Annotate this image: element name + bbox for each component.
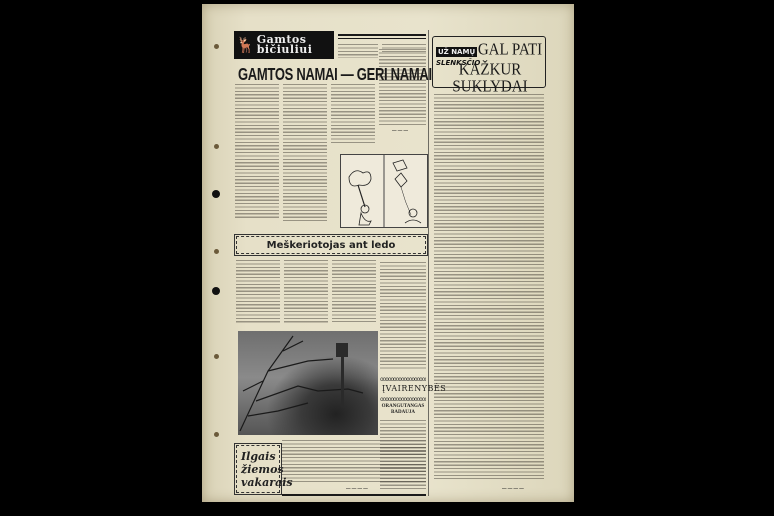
ornamental-rule: ooooooooooooooooooo (380, 376, 426, 383)
article-meskeriotojas-col1 (236, 260, 280, 324)
photo-winter-trees-birdhouse (238, 331, 378, 435)
binding-hole (214, 144, 219, 149)
masthead-line2: bičiuliui (257, 45, 313, 55)
article-text (338, 44, 378, 58)
section-ilgais-ziemos-vakarais: Ilgais žiemos vakarais (236, 445, 280, 493)
ornamental-rule: ooooooooooooooooooo (380, 396, 426, 403)
section-masthead: 🦌 Gamtos bičiuliui (234, 31, 334, 59)
column-divider (428, 30, 429, 496)
binding-hole (214, 354, 219, 359)
title-line: Ilgais (241, 450, 275, 463)
article-meskeriotojas-col3 (332, 260, 376, 322)
article-gamtos-namai-col3 (331, 84, 375, 144)
article-gamtos-namai-col2 (283, 84, 327, 222)
article-meskeriotojas-col2 (284, 260, 328, 324)
cartoon-illustration (340, 154, 428, 228)
byline-meskeriotojas: — — — — (346, 486, 368, 491)
binding-hole (212, 190, 220, 198)
rule (338, 38, 426, 39)
rule (338, 34, 426, 36)
headline-meskeriotojas: Meškeriotojas ant ledo (267, 240, 396, 251)
binding-hole (214, 432, 219, 437)
headline-gal-pati-line2: KAŽKUR SUKLYDAI (437, 62, 543, 97)
article-gamtos-namai-col4 (379, 49, 426, 125)
article-meskeriotojas-col4 (380, 262, 426, 370)
title-line: žiemos (241, 463, 275, 476)
binding-hole (214, 249, 219, 254)
deer-icon: 🦌 (236, 36, 255, 55)
headline-box-meskeriotojas: Meškeriotojas ant ledo (236, 236, 426, 254)
newspaper-page: 🦌 Gamtos bičiuliui GAMTOS NAMAI — GERI N… (202, 4, 574, 502)
article-gal-pati-text (434, 94, 544, 479)
byline: — — — (392, 128, 408, 133)
article-gamtos-namai-col1 (235, 84, 279, 219)
rule (282, 494, 426, 496)
headline-gal-pati-line1: GAL PATI (477, 42, 543, 59)
title-line: vakarais (241, 476, 275, 489)
subheading-orangutangas: ORANGUTANGAS BADAUJA (380, 404, 426, 416)
kicker-tag: UŽ NAMŲ (436, 47, 477, 57)
binding-hole (212, 287, 220, 295)
article-ivairenybes-text (380, 420, 426, 490)
headline-box-gal-pati: UŽ NAMŲ SLENKSČIO GAL PATI KAŽKUR SUKLYD… (432, 36, 546, 88)
byline-gal-pati: — — — — (502, 486, 524, 491)
binding-hole (214, 44, 219, 49)
